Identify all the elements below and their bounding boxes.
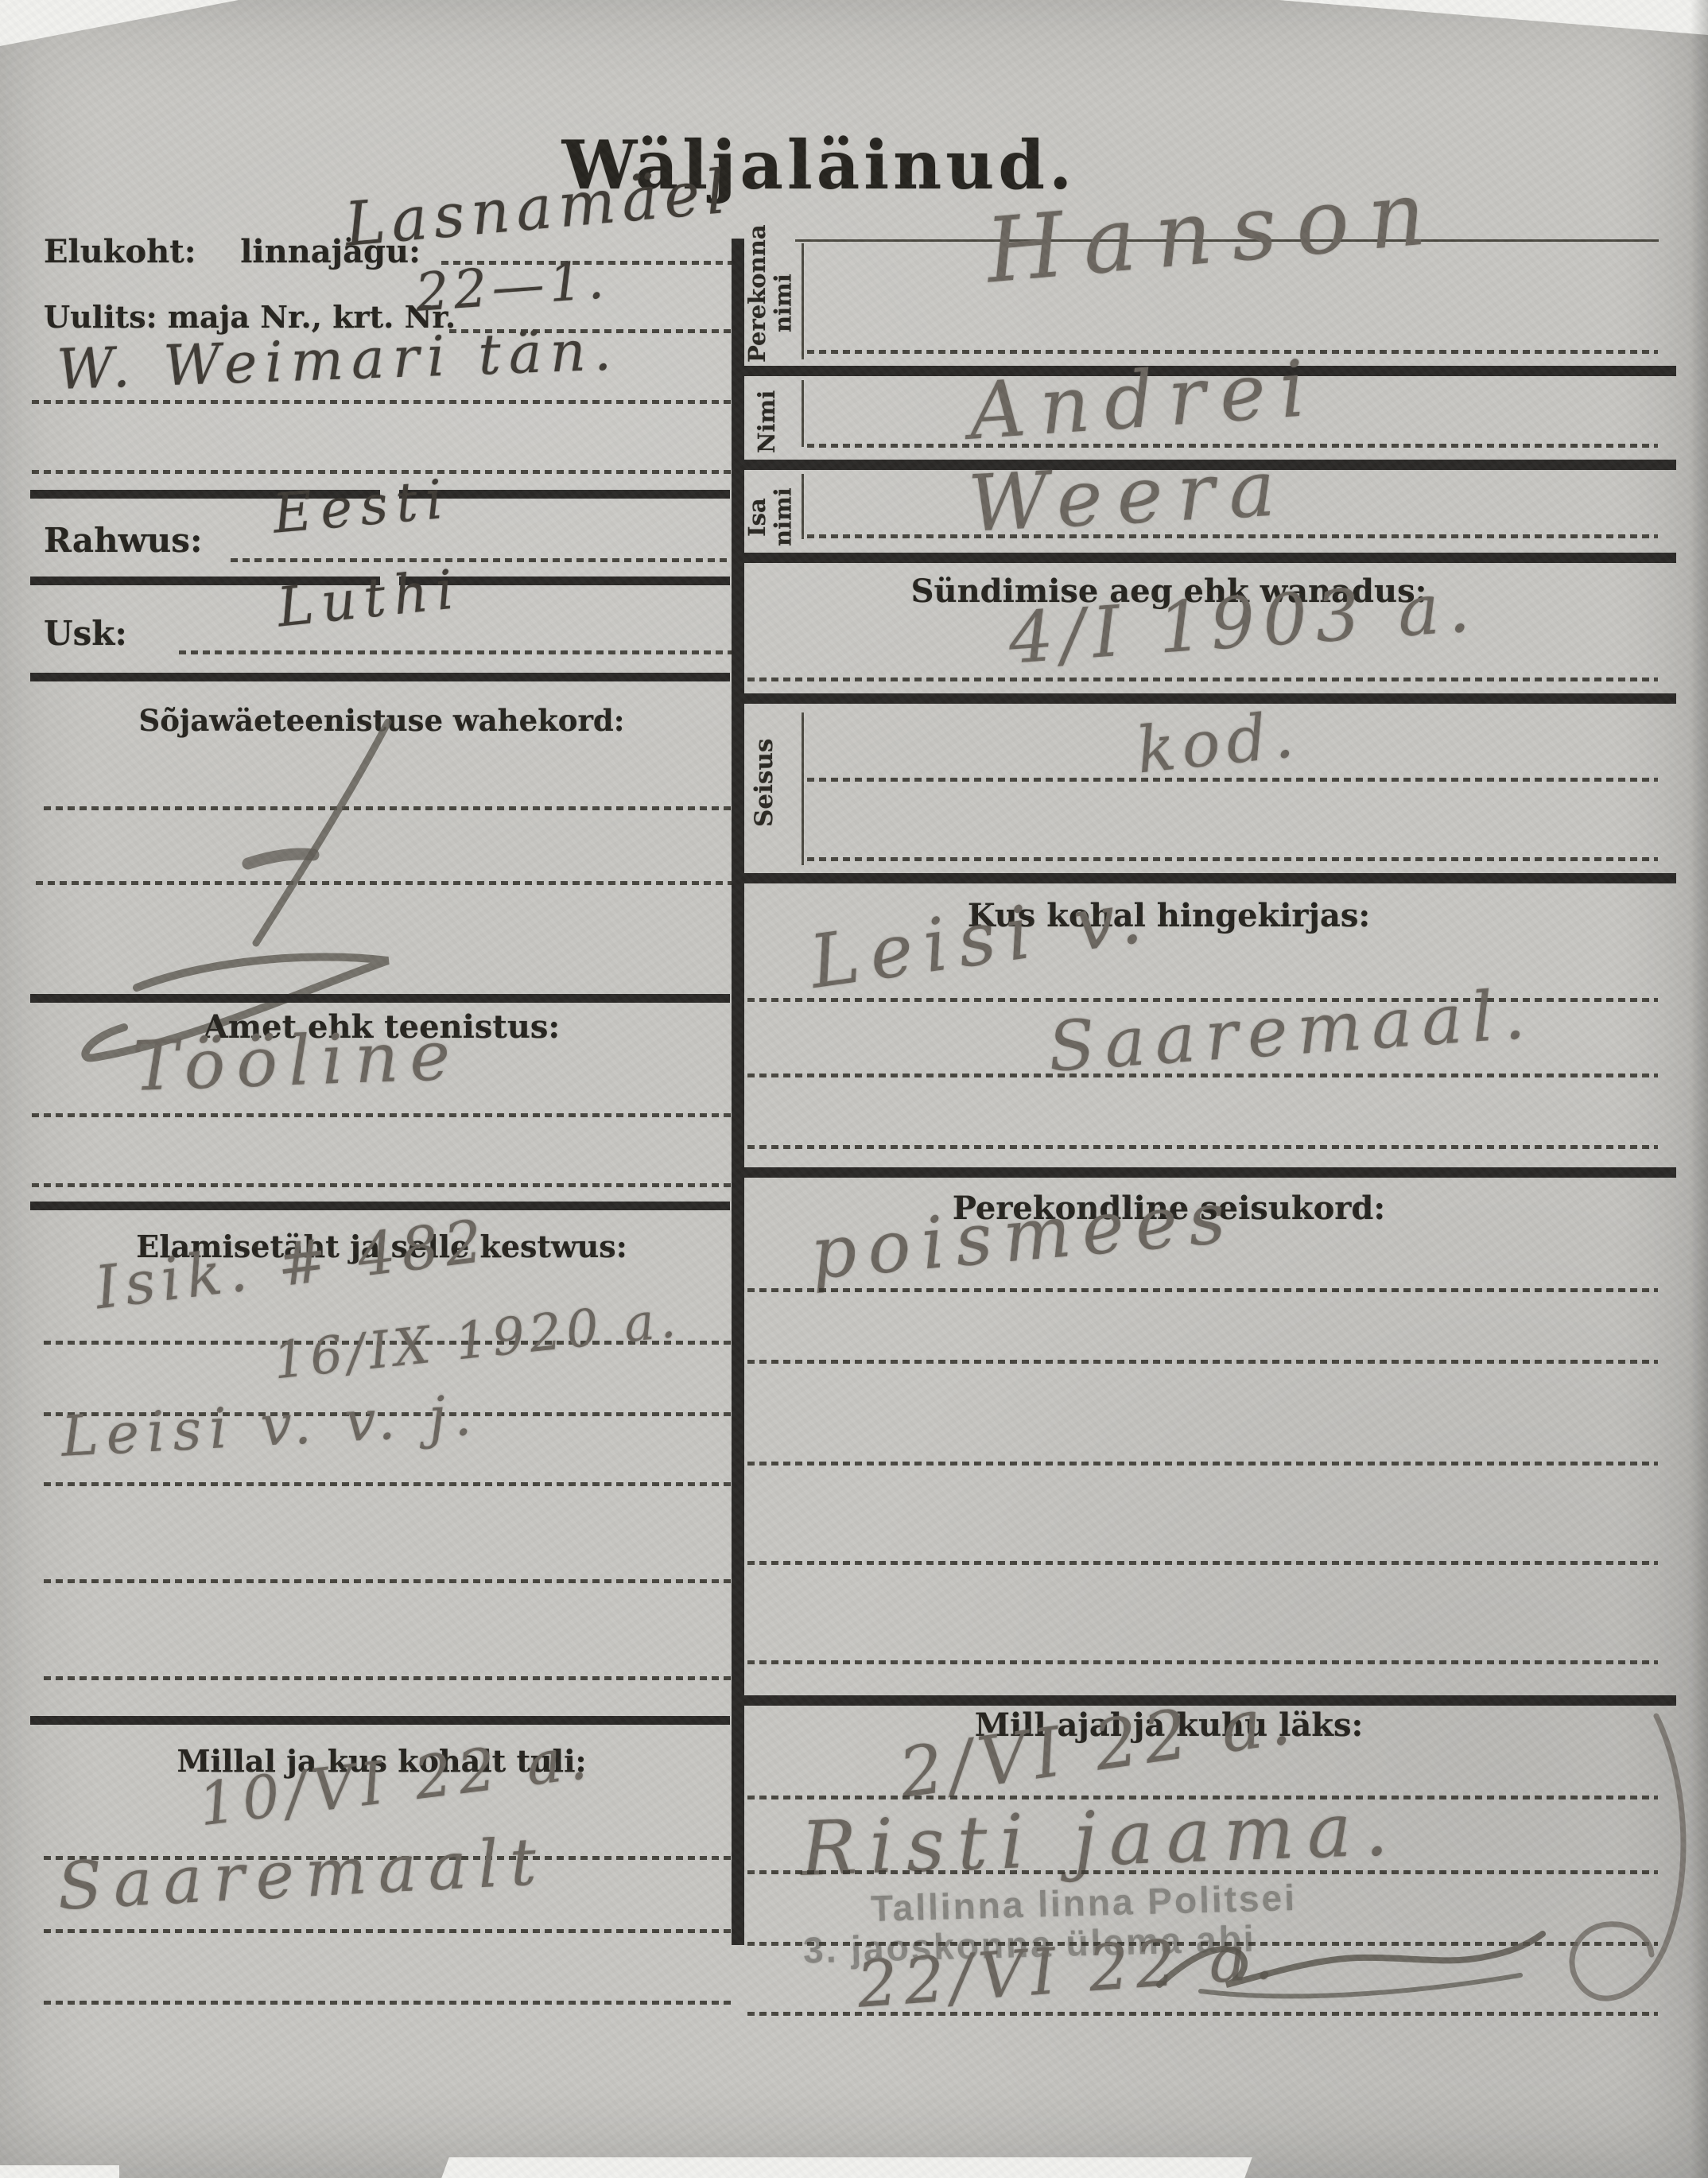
nimi-label: Nimi bbox=[754, 383, 779, 460]
uulits-value-number: 22—1. bbox=[413, 249, 611, 324]
amet-value: Tööline bbox=[131, 1016, 463, 1107]
dotted-line bbox=[747, 1561, 1658, 1565]
perekonna-nimi-label: Perekonna nimi bbox=[744, 243, 796, 363]
nimi-label-text: Nimi bbox=[754, 383, 779, 460]
label-rule bbox=[802, 712, 804, 865]
dotted-line bbox=[807, 857, 1658, 861]
dotted-line bbox=[44, 1579, 732, 1583]
seisus-label: Seisus bbox=[751, 725, 778, 841]
dotted-line bbox=[747, 1073, 1658, 1077]
nimi-value: Andrei bbox=[966, 343, 1322, 457]
divider-bar bbox=[742, 1167, 1676, 1178]
dotted-line bbox=[747, 1145, 1658, 1149]
scan-edge-top-left bbox=[0, 0, 239, 46]
pencil-flourish-scribble bbox=[1531, 1710, 1702, 2028]
divider-bar bbox=[30, 673, 730, 681]
dotted-line bbox=[807, 534, 1658, 538]
elamisetaht-value-2: 16/IX 1920 a. bbox=[270, 1290, 683, 1391]
dotted-line bbox=[231, 558, 732, 562]
official-signature-scribble bbox=[1145, 1908, 1551, 2020]
label-rule bbox=[802, 243, 804, 359]
dotted-line bbox=[747, 1660, 1658, 1664]
rahwus-label: Rahwus: bbox=[44, 521, 202, 560]
divider-bar bbox=[742, 693, 1676, 704]
tuli-value-1: 10/VI 22 a. bbox=[195, 1723, 596, 1839]
seisus-value: kod. bbox=[1133, 697, 1303, 788]
dotted-line bbox=[32, 1183, 732, 1187]
isa-nimi-label: Isa nimi bbox=[744, 476, 796, 559]
elamisetaht-value-3: Leisi v. v. j. bbox=[60, 1382, 481, 1469]
scan-edge-bottom bbox=[441, 2157, 1252, 2178]
divider-bar bbox=[742, 553, 1676, 563]
paper-edge-shade bbox=[1691, 0, 1708, 2178]
dotted-line bbox=[44, 1482, 732, 1486]
dotted-line bbox=[747, 1360, 1658, 1364]
perekonna-nimi-label-line1: Perekonna bbox=[744, 243, 770, 363]
isa-nimi-label-line1: Isa bbox=[744, 476, 770, 559]
divider-bar bbox=[30, 994, 730, 1003]
dotted-line bbox=[747, 677, 1658, 681]
center-divider bbox=[732, 239, 744, 1945]
dotted-line bbox=[807, 778, 1658, 782]
dotted-line bbox=[179, 650, 732, 654]
divider-bar bbox=[742, 873, 1676, 883]
laks-value-2: Risti jaama. bbox=[799, 1786, 1402, 1893]
dotted-line bbox=[32, 400, 732, 404]
rahwus-value: Eesti bbox=[270, 468, 453, 545]
scan-edge-top-right bbox=[1279, 0, 1708, 35]
seisus-label-text: Seisus bbox=[751, 725, 778, 841]
isa-nimi-label-line2: nimi bbox=[770, 476, 795, 559]
dotted-line bbox=[44, 1676, 732, 1680]
dotted-line bbox=[44, 2001, 732, 2005]
registration-card: Wäljaläinud. Elukoht: linnajägu: Lasnamä… bbox=[0, 0, 1708, 2178]
dotted-line bbox=[32, 1113, 732, 1117]
usk-value: Luthi bbox=[274, 558, 464, 640]
perekonna-nimi-label-line2: nimi bbox=[770, 243, 795, 363]
hingekirjas-value-2: Saaremaal. bbox=[1046, 974, 1537, 1087]
tuli-value-2: Saaremaalt bbox=[56, 1824, 549, 1925]
label-rule bbox=[802, 474, 804, 539]
dotted-line bbox=[747, 1462, 1658, 1466]
usk-label: Usk: bbox=[44, 614, 127, 653]
divider-bar bbox=[30, 1202, 730, 1210]
divider-bar bbox=[30, 1716, 730, 1725]
hingekirjas-value-1: Leisi v. bbox=[805, 873, 1158, 1005]
scan-edge-bottom-left bbox=[0, 2165, 119, 2178]
elamisetaht-value-1: Isik. # 482 bbox=[91, 1206, 492, 1322]
dotted-line bbox=[747, 1288, 1658, 1292]
dotted-line bbox=[747, 1870, 1658, 1874]
label-rule bbox=[802, 380, 804, 447]
dotted-line bbox=[747, 2012, 1658, 2016]
dotted-line bbox=[44, 1929, 732, 1933]
